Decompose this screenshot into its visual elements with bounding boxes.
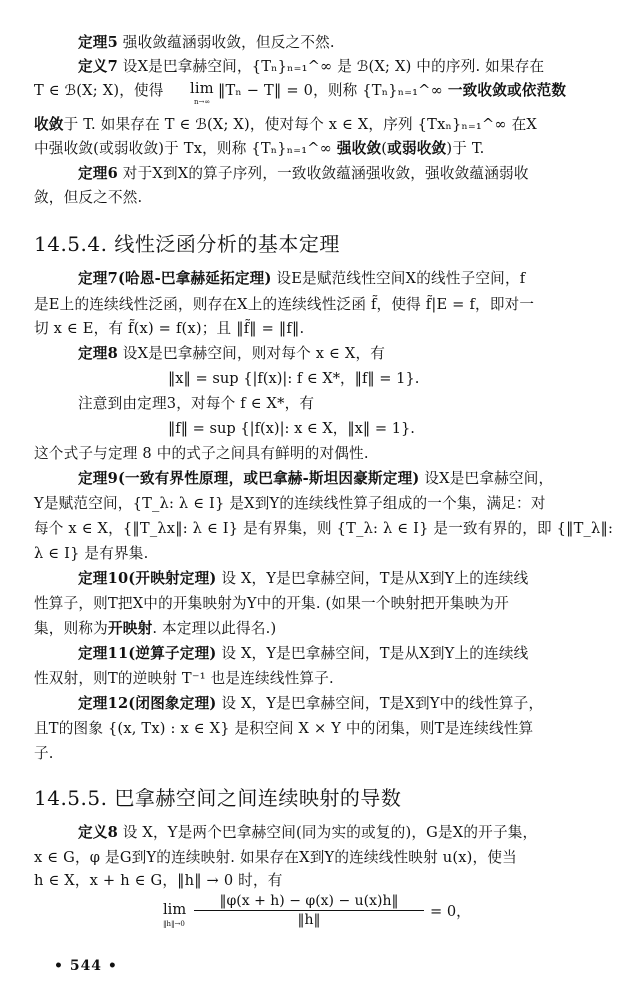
theorem-11-line-2: 性双射，则T的逆映射 T⁻¹ 也是连续线性算子. [34, 670, 334, 688]
section-heading-14-5-4: 14.5.4. 线性泛函分析的基本定理 [34, 232, 340, 256]
text: 设 X，Y是巴拿赫空间，T是从X到Y上的连续线 [216, 570, 528, 587]
text: T ∈ ℬ(X; X)，使得 [34, 82, 164, 99]
derivative-limit-subscript: ‖h‖→0 [163, 920, 185, 928]
text: 设X是巴拿赫空间，则对每个 x ∈ X，有 [118, 345, 385, 362]
text: 子. [34, 745, 54, 762]
theorem-10-line-2: 性算子，则T把X中的开集映射为Y中的开集. (如果一个映射把开集映为开 [34, 595, 509, 613]
term-uniform-convergence: 一致收敛或依范数 [448, 82, 566, 99]
theorem-8-label: 定理8 [78, 345, 118, 362]
lim-subscript: n→∞ [194, 98, 210, 106]
theorem-12-line-1: 定理12(闭图象定理) 设 X，Y是巴拿赫空间，T是X到Y中的线性算子， [78, 695, 543, 713]
derivative-fraction: ‖φ(x + h) − φ(x) − u(x)h‖ ‖h‖ [194, 892, 424, 929]
theorem-7-line-1: 定理7(哈恩-巴拿赫延拓定理) 设E是赋范线性空间X的线性子空间，f [78, 270, 525, 288]
theorem-10-line-3: 集，则称为开映射. 本定理以此得名.) [34, 620, 276, 638]
derivative-limit-rhs: = 0， [430, 903, 471, 921]
definition-7-line-3: 收敛于 T. 如果存在 T ∈ ℬ(X; X)，使对每个 x ∈ X，序列 {T… [34, 116, 537, 134]
definition-8-line-1: 定义8 设 X，Y是两个巴拿赫空间(同为实的或复的)，G是X的开子集， [78, 824, 537, 842]
formula-text: ‖f‖ = sup {|f(x)|: x ∈ X，‖x‖ = 1}. [168, 420, 415, 437]
norm-x-formula: ‖x‖ = sup {|f(x)|: f ∈ X*，‖f‖ = 1}. [168, 370, 419, 388]
text: 性双射，则T的逆映射 T⁻¹ 也是连续线性算子. [34, 670, 334, 687]
theorem-8-line-1: 定理8 设X是巴拿赫空间，则对每个 x ∈ X，有 [78, 345, 385, 363]
page-number: • 544 • [54, 958, 118, 974]
fraction-numerator: ‖φ(x + h) − φ(x) − u(x)h‖ [194, 892, 424, 911]
term-open-mapping: 开映射 [108, 620, 152, 637]
text: 且T的图象 {(x, Tx) : x ∈ X} 是积空间 X × Y 中的闭集，… [34, 720, 533, 737]
definition-8-label: 定义8 [78, 824, 118, 841]
definition-7-line-4: 中强收敛(或弱收敛)于 Tx，则称 {Tₙ}ₙ₌₁^∞ 强收敛(或弱收敛)于 T… [34, 140, 485, 158]
duality-remark: 这个式子与定理 8 中的式子之间具有鲜明的对偶性. [34, 445, 369, 463]
text: 是E上的连续线性泛函，则存在X上的连续线性泛函 f̃，使得 f̃|E = f，即… [34, 296, 534, 313]
text: 设X是巴拿赫空间， [420, 470, 554, 487]
theorem-10-line-1: 定理10(开映射定理) 设 X，Y是巴拿赫空间，T是从X到Y上的连续线 [78, 570, 528, 588]
text: 中强收敛(或弱收敛)于 Tx，则称 {Tₙ}ₙ₌₁^∞ [34, 140, 337, 157]
remark-theorem-3: 注意到由定理3，对每个 f ∈ X*，有 [78, 395, 314, 413]
norm-f-formula: ‖f‖ = sup {|f(x)|: x ∈ X，‖x‖ = 1}. [168, 420, 415, 438]
theorem-6-line-2: 敛，但反之不然. [34, 189, 142, 207]
text: 设X是巴拿赫空间，{Tₙ}ₙ₌₁^∞ 是 ℬ(X; X) 中的序列. 如果存在 [118, 58, 544, 75]
text: 对于X到X的算子序列，一致收敛蕴涵强收敛，强收敛蕴涵弱收 [118, 165, 529, 182]
text: . 本定理以此得名.) [152, 620, 276, 637]
text: 集，则称为 [34, 620, 108, 637]
theorem-6-line-1: 定理6 对于X到X的算子序列，一致收敛蕴涵强收敛，强收敛蕴涵弱收 [78, 165, 529, 183]
definition-7-line-1: 定义7 设X是巴拿赫空间，{Tₙ}ₙ₌₁^∞ 是 ℬ(X; X) 中的序列. 如… [78, 58, 544, 76]
text: 切 x ∈ E，有 f̃(x) = f(x)；且 ‖f̃‖ = ‖f‖. [34, 320, 304, 337]
theorem-9-label: 定理9(一致有界性原理，或巴拿赫-斯坦因豪斯定理) [78, 470, 420, 487]
theorem-7-label: 定理7(哈恩-巴拿赫延拓定理) [78, 270, 272, 287]
text: 强收敛蕴涵弱收敛，但反之不然. [118, 34, 335, 51]
text: ‖Tₙ − T‖ = 0，则称 {Tₙ}ₙ₌₁^∞ [218, 82, 448, 99]
book-page: 定理5 强收敛蕴涵弱收敛，但反之不然. 定义7 设X是巴拿赫空间，{Tₙ}ₙ₌₁… [0, 0, 640, 988]
definition-8-line-3: h ∈ X，x + h ∈ G，‖h‖ → 0 时，有 [34, 872, 283, 890]
theorem-12-line-2: 且T的图象 {(x, Tx) : x ∈ X} 是积空间 X × Y 中的闭集，… [34, 720, 533, 738]
text: 注意到由定理3，对每个 f ∈ X*，有 [78, 395, 314, 412]
lim-text: lim [190, 80, 214, 97]
lim-operator: lim [190, 80, 214, 98]
text: 敛，但反之不然. [34, 189, 142, 206]
text: λ ∈ I} 是有界集. [34, 545, 148, 562]
text: 设 X，Y是巴拿赫空间，T是X到Y中的线性算子， [216, 695, 543, 712]
theorem-7-line-3: 切 x ∈ E，有 f̃(x) = f(x)；且 ‖f̃‖ = ‖f‖. [34, 320, 304, 338]
text: 设E是赋范线性空间X的线性子空间，f [272, 270, 526, 287]
theorem-5: 定理5 强收敛蕴涵弱收敛，但反之不然. [78, 34, 335, 52]
text: 这个式子与定理 8 中的式子之间具有鲜明的对偶性. [34, 445, 369, 462]
theorem-11-line-1: 定理11(逆算子定理) 设 X，Y是巴拿赫空间，T是从X到Y上的连续线 [78, 645, 528, 663]
section-heading-14-5-5: 14.5.5. 巴拿赫空间之间连续映射的导数 [34, 786, 401, 810]
text: x ∈ G，φ 是G到Y的连续映射. 如果存在X到Y的连续线性映射 u(x)，使… [34, 849, 517, 866]
text: 设 X，Y是两个巴拿赫空间(同为实的或复的)，G是X的开子集， [118, 824, 537, 841]
theorem-7-line-2: 是E上的连续线性泛函，则存在X上的连续线性泛函 f̃，使得 f̃|E = f，即… [34, 296, 534, 314]
formula-text: ‖x‖ = sup {|f(x)|: f ∈ X*，‖f‖ = 1}. [168, 370, 419, 387]
theorem-6-label: 定理6 [78, 165, 118, 182]
text: Y是赋范空间，{T_λ: λ ∈ I} 是X到Y的连续线性算子组成的一个集，满足… [34, 495, 546, 512]
theorem-5-label: 定理5 [78, 34, 118, 51]
term: 收敛 [34, 116, 64, 133]
theorem-9-line-2: Y是赋范空间，{T_λ: λ ∈ I} 是X到Y的连续线性算子组成的一个集，满足… [34, 495, 546, 513]
derivative-limit-lim: lim [163, 901, 186, 919]
text: h ∈ X，x + h ∈ G，‖h‖ → 0 时，有 [34, 872, 283, 889]
text: 每个 x ∈ X，{‖T_λx‖: λ ∈ I} 是有界集，则 {T_λ: λ … [34, 520, 613, 537]
theorem-9-line-4: λ ∈ I} 是有界集. [34, 545, 148, 563]
definition-7-line-2b: ‖Tₙ − T‖ = 0，则称 {Tₙ}ₙ₌₁^∞ 一致收敛或依范数 [218, 82, 566, 100]
definition-7-label: 定义7 [78, 58, 118, 75]
text: )于 T. [446, 140, 484, 157]
theorem-9-line-3: 每个 x ∈ X，{‖T_λx‖: λ ∈ I} 是有界集，则 {T_λ: λ … [34, 520, 613, 538]
term-weak: 或弱收敛 [387, 140, 446, 157]
term-strong: 强收敛 [337, 140, 381, 157]
text: 性算子，则T把X中的开集映射为Y中的开集. (如果一个映射把开集映为开 [34, 595, 509, 612]
text: 设 X，Y是巴拿赫空间，T是从X到Y上的连续线 [216, 645, 528, 662]
theorem-9-line-1: 定理9(一致有界性原理，或巴拿赫-斯坦因豪斯定理) 设X是巴拿赫空间， [78, 470, 553, 488]
theorem-12-line-3: 子. [34, 745, 54, 763]
fraction-denominator: ‖h‖ [194, 911, 424, 929]
theorem-11-label: 定理11(逆算子定理) [78, 645, 216, 662]
definition-7-line-2a: T ∈ ℬ(X; X)，使得 [34, 82, 164, 100]
theorem-10-label: 定理10(开映射定理) [78, 570, 216, 587]
theorem-12-label: 定理12(闭图象定理) [78, 695, 216, 712]
definition-8-line-2: x ∈ G，φ 是G到Y的连续映射. 如果存在X到Y的连续线性映射 u(x)，使… [34, 849, 517, 867]
text: 于 T. 如果存在 T ∈ ℬ(X; X)，使对每个 x ∈ X，序列 {Txₙ… [64, 116, 537, 133]
